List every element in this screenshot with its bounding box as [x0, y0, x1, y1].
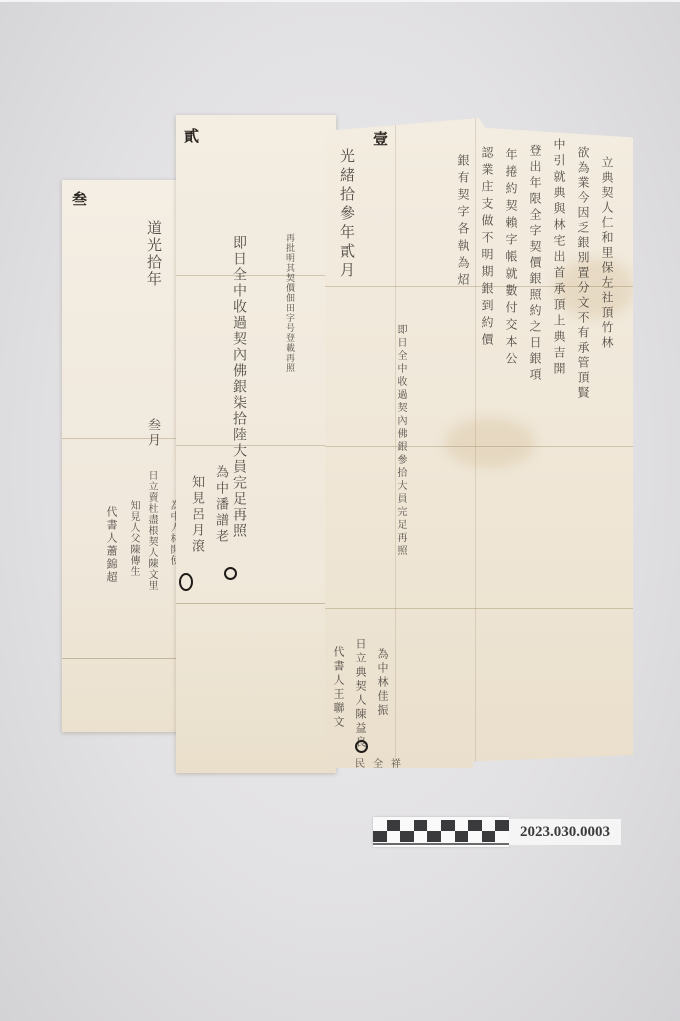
text-column: 知見呂月滾 — [190, 475, 203, 555]
fold-line — [176, 603, 336, 604]
document-middle: 貳 再批明其契價佃田字号登載再照 即日全中收過契內佛銀柒拾陸大員完足再照 為中潘… — [176, 115, 336, 773]
seal-mark — [224, 567, 237, 580]
age-stain — [555, 258, 635, 318]
date-column: 光緒拾參年貳月 — [339, 148, 354, 281]
text-column: 認業庄支做不明期銀到約價 — [481, 146, 493, 350]
text-column: 叁月 — [146, 418, 159, 448]
fold-line — [475, 118, 476, 768]
text-column: 代書人王聯文 — [333, 646, 344, 730]
text-column: 銀有契字各執為炤 — [457, 154, 469, 290]
fold-line — [325, 446, 633, 447]
text-column: 年捲約契賴字帳就數付交本公 — [505, 148, 517, 369]
text-column: 知見人父陳傳生 — [128, 500, 138, 577]
fold-line — [325, 608, 633, 609]
text-column: 為中潘譜老 — [214, 465, 227, 545]
sheet-mark: 叁 — [72, 188, 87, 209]
document-right: 壹 立典契人仁和里保左社頂竹林 欲為業今因乏銀別置分文不有承管頂賢 中引就典與林… — [325, 118, 633, 768]
text-column: 為中林佳振 — [377, 648, 388, 718]
text-column: 日立典契人陳益良 — [355, 638, 366, 750]
fold-line — [176, 445, 336, 446]
catalog-number-label: 2023.030.0003 — [509, 819, 621, 845]
text-column: 再批明其契價佃田字号登載再照 — [284, 233, 293, 373]
text-column: 即日全中收過契內佛銀柒拾陸大員完足再照 — [232, 235, 246, 539]
fold-line — [62, 658, 182, 659]
seal-mark — [355, 740, 368, 753]
photo-top-edge — [0, 0, 680, 2]
text-column: 道光拾年 — [146, 220, 161, 288]
text-column: 日立賣杜盡根契人陳文里 — [146, 470, 156, 591]
age-stain — [445, 418, 535, 468]
bottom-note: 民全祥 — [355, 760, 409, 770]
text-column: 登出年限全字契價銀照約之日銀項 — [529, 144, 541, 384]
text-column: 立典契人仁和里保左社頂竹林 — [601, 156, 613, 351]
text-column: 即日全中收過契內佛銀參拾大員完足再照 — [395, 324, 405, 558]
text-column: 欲為業今因乏銀別置分文不有承管頂賢 — [577, 146, 589, 401]
text-column: 代書人蕭錦超 — [106, 506, 117, 584]
scale-checker-bar — [373, 817, 509, 847]
fold-line — [62, 438, 182, 439]
sheet-mark: 壹 — [373, 128, 388, 149]
document-left: 叁 道光拾年 叁月 日立賣杜盡根契人陳文里 為中人林開使 知見人父陳傳生 代書人… — [62, 180, 182, 732]
fold-line — [176, 275, 336, 276]
seal-mark — [179, 573, 193, 591]
sheet-mark: 貳 — [184, 125, 199, 146]
text-column: 中引就典與林宅出首承頂上典吉開 — [553, 138, 565, 378]
